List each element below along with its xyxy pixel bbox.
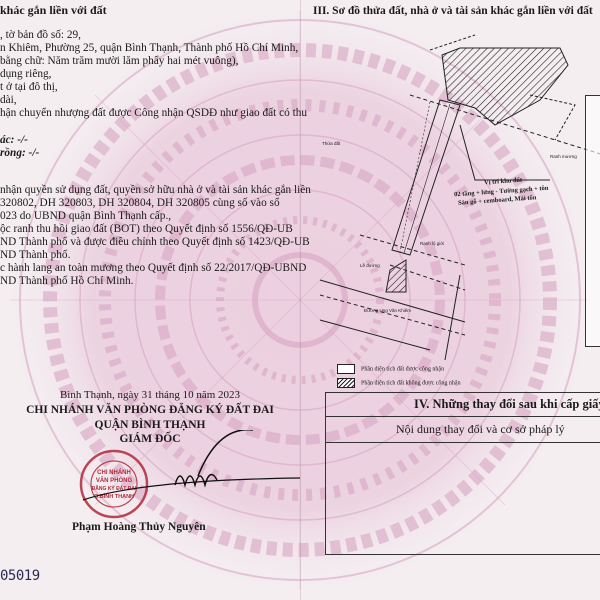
plain-box-icon (337, 364, 355, 374)
issue-date: Bình Thạnh, ngày 31 tháng 10 năm 2023 (0, 389, 300, 401)
map-sheet-line: , tờ bản đồ số: 29, (0, 29, 81, 42)
land-purpose-line: t ở tại đô thị, (0, 81, 58, 94)
note-line: ND Thành phố Hồ Chí Minh. (0, 275, 133, 288)
signature (80, 430, 300, 510)
note-line: 023 do UBND quận Bình Thạnh cấp., (0, 210, 171, 223)
area-in-words-line: bằng chữ: Năm trăm mười lăm phẩy hai mét… (0, 55, 238, 68)
svg-text:Lề đường: Lề đường (360, 263, 380, 268)
land-plot-diagram: Thửa đất Lề đường Đường Ung Văn Khiêm Ra… (300, 30, 600, 360)
section-3-title: III. Sơ đồ thửa đất, nhà ở và tài sản kh… (313, 5, 593, 17)
left-page: khác gắn liền với đất , tờ bản đồ số: 29… (0, 0, 300, 600)
legend-not-recognized: Phần diện tích đất không được công nhận (337, 378, 461, 388)
signer-name: Phạm Hoàng Thủy Nguyên (72, 521, 206, 533)
note-line: 320802, DH 320803, DH 320804, DH 320805 … (0, 197, 280, 210)
usage-form-line: dụng riêng, (0, 68, 51, 81)
legend-recognized: Phần diện tích đất được công nhận (337, 364, 444, 374)
svg-text:Ranh lộ giới: Ranh lộ giới (420, 241, 444, 246)
changes-body (326, 443, 600, 553)
note-line: c hành lang an toàn mương theo Quyết địn… (0, 262, 306, 275)
section-header-fragment: khác gắn liền với đất (0, 4, 107, 17)
changes-column-header: Nội dung thay đổi và cơ sở pháp lý (326, 417, 600, 443)
address-line: n Khiêm, Phường 25, quận Bình Thạnh, Thà… (0, 42, 298, 55)
usage-term-line: dài, (0, 94, 17, 107)
note-line: ND Thành phố. (0, 249, 70, 262)
issuer-org: CHI NHÁNH VĂN PHÒNG ĐĂNG KÝ ĐẤT ĐAI (0, 404, 300, 416)
note-line: nhận quyền sử dụng đất, quyền sở hữu nhà… (0, 184, 311, 197)
coordinate-table (585, 95, 600, 347)
svg-text:Đường Ung Văn Khiêm: Đường Ung Văn Khiêm (364, 308, 411, 313)
note-line: ND Thành phố và được điều chỉnh theo Quy… (0, 236, 310, 249)
hatched-box-icon (337, 378, 355, 388)
other-assets-line: ác: -/- (0, 134, 28, 147)
note-line: ộc ranh thu hồi giao đất (BOT) theo Quyế… (0, 223, 293, 236)
changes-table: IV. Những thay đổi sau khi cấp giấy chứn… (325, 392, 600, 555)
svg-text:Thửa đất: Thửa đất (322, 140, 341, 146)
forest-line: rồng: -/- (0, 147, 39, 160)
section-4-title: IV. Những thay đổi sau khi cấp giấy chứn… (326, 393, 600, 417)
serial-number: 05019 (0, 568, 40, 584)
svg-text:Ranh mương: Ranh mương (550, 154, 577, 159)
origin-line: hận chuyển nhượng đất được Công nhận QSD… (0, 107, 307, 120)
